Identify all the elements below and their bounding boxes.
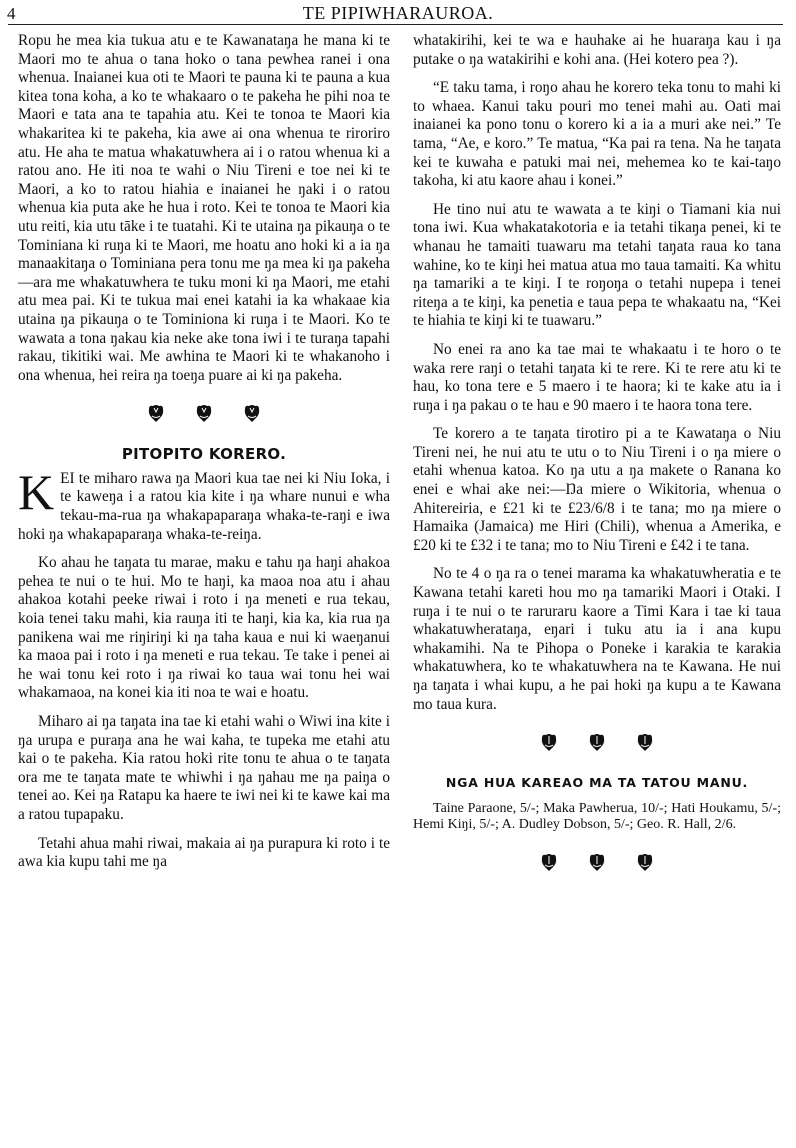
right-column: whatakirihi, kei te wa e hauhake ai he h… — [413, 32, 781, 894]
section-title-pitopito-korero: PITOPITO KORERO. — [18, 445, 390, 464]
article-paragraph: Miharo ai ŋa taŋata ina tae ki etahi wah… — [18, 713, 390, 825]
article-paragraph: No enei ra ano ka tae mai te whakaatu i … — [413, 341, 781, 415]
page-header: 4 TE PIPIWHARAUROA. — [0, 0, 796, 30]
article-paragraph: Te korero a te taŋata tirotiro pi a te K… — [413, 425, 781, 555]
article-paragraph: Tetahi ahua mahi riwai, makaia ai ŋa pur… — [18, 835, 390, 872]
drop-cap: K — [18, 472, 54, 512]
article-paragraph: He tino nui atu te wawata a te kiŋi o Ti… — [413, 201, 781, 331]
fleuron-icon — [587, 852, 607, 872]
fleuron-icon — [635, 732, 655, 752]
header-rule — [8, 24, 783, 25]
fleuron-icon — [635, 852, 655, 872]
ornament-divider — [18, 403, 390, 425]
article-paragraph: “E taku tama, i roŋo ahau he korero teka… — [413, 79, 781, 191]
fleuron-icon — [194, 403, 214, 423]
ornament-divider — [413, 732, 781, 754]
fleuron-icon — [146, 403, 166, 423]
article-paragraph: Ko ahau he taŋata tu marae, maku e tahu … — [18, 554, 390, 703]
article-paragraph: KEI te miharo rawa ŋa Maori kua tae nei … — [18, 470, 390, 544]
fleuron-icon — [539, 852, 559, 872]
fleuron-icon — [242, 403, 262, 423]
subscriber-list: Taine Paraone, 5/-; Maka Pawherua, 10/-;… — [413, 801, 781, 834]
fleuron-icon — [587, 732, 607, 752]
fleuron-icon — [539, 732, 559, 752]
article-paragraph: No te 4 o ŋa ra o tenei marama ka whakat… — [413, 565, 781, 714]
article-paragraph: whatakirihi, kei te wa e hauhake ai he h… — [413, 32, 781, 69]
article-paragraph: Ropu he mea kia tukua atu e te Kawanataŋ… — [18, 32, 390, 385]
ornament-divider — [413, 852, 781, 874]
paragraph-text: EI te miharo rawa ŋa Maori kua tae nei k… — [18, 470, 390, 543]
left-column: Ropu he mea kia tukua atu e te Kawanataŋ… — [18, 32, 390, 882]
running-title: TE PIPIWHARAUROA. — [0, 3, 796, 24]
section-title-subscriptions: NGA HUA KAREAO MA TA TATOU MANU. — [413, 774, 781, 793]
